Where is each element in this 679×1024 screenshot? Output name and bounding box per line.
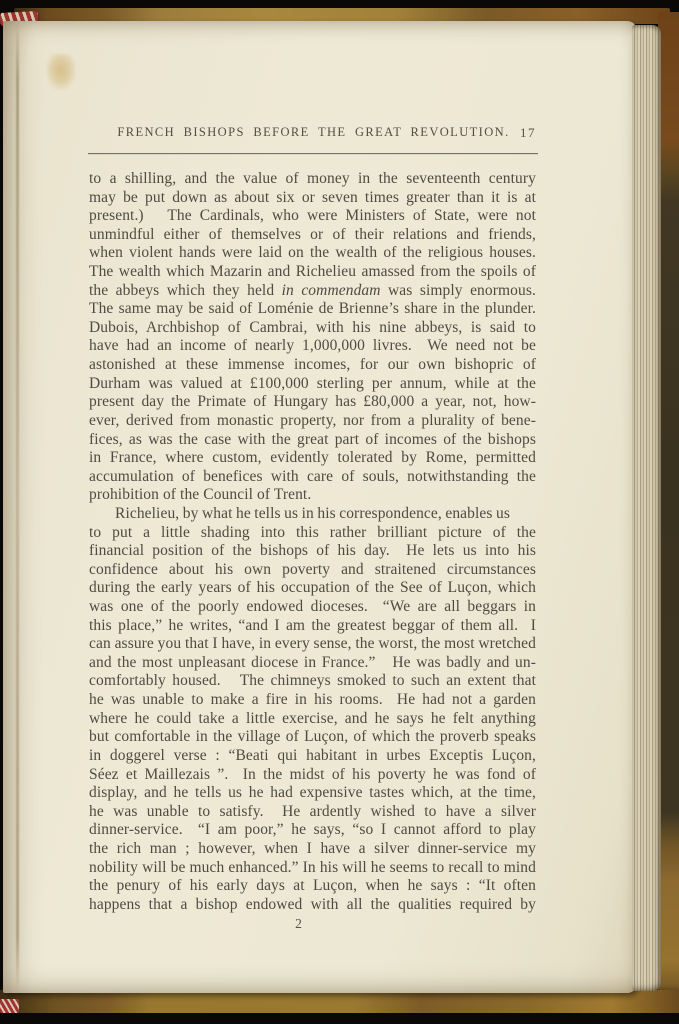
header-rule <box>88 153 538 154</box>
text-line: where he could take a little exercise, a… <box>89 710 536 729</box>
text-line: he was unable to make a fire in his room… <box>89 691 536 710</box>
text-line: the penury of his early days at Luçon, w… <box>89 877 536 896</box>
text-line: accumulation of benefices with care of s… <box>89 468 536 487</box>
text-line: was one of the poorly endowed dioceses. … <box>89 598 536 617</box>
text-line: in doggerel verse : “Beati qui habitant … <box>89 747 536 766</box>
text-line: display, and he tells us he had expensiv… <box>89 784 536 803</box>
text-line: Durham was valued at £100,000 sterling p… <box>89 375 536 394</box>
paragraph: to a shilling, and the value of money in… <box>89 170 536 505</box>
text-line: The same may be said of Loménie de Brien… <box>89 300 536 319</box>
text-line: may be put down as about six or seven ti… <box>89 189 536 208</box>
book-cover-right <box>658 12 679 1012</box>
text-line: fices, as was the case with the great pa… <box>89 431 536 450</box>
page-stain <box>46 54 76 90</box>
text-line: Dubois, Archbishop of Cambrai, with his … <box>89 319 536 338</box>
text-line: but comfortable in the village of Luçon,… <box>89 728 536 747</box>
page: FRENCH BISHOPS BEFORE THE GREAT REVOLUTI… <box>3 21 637 993</box>
text-line: and the most unpleasant diocese in Franc… <box>89 654 536 673</box>
text-line: present day the Primate of Hungary has £… <box>89 393 536 412</box>
text-line: Richelieu, by what he tells us in his co… <box>89 505 536 524</box>
paragraph: Richelieu, by what he tells us in his co… <box>89 505 536 914</box>
text-line: to a shilling, and the value of money in… <box>89 170 536 189</box>
text-line: confidence about his own poverty and str… <box>89 561 536 580</box>
text-block: to a shilling, and the value of money in… <box>89 170 536 914</box>
running-header: FRENCH BISHOPS BEFORE THE GREAT REVOLUTI… <box>89 125 538 143</box>
text-line: dinner-service. “I am poor,” he says, “s… <box>89 821 536 840</box>
text-line: the abbeys which they held in commendam … <box>89 282 536 301</box>
text-line: this place,” he writes, “and I am the gr… <box>89 617 536 636</box>
text-line: have had an income of nearly 1,000,000 l… <box>89 337 536 356</box>
headband-bottom <box>0 999 19 1013</box>
text-line: unmindful either of themselves or of the… <box>89 226 536 245</box>
header-title: FRENCH BISHOPS BEFORE THE GREAT REVOLUTI… <box>117 125 509 139</box>
book-cover-bottom-edge <box>0 990 679 1013</box>
book-spread: FRENCH BISHOPS BEFORE THE GREAT REVOLUTI… <box>0 0 679 1024</box>
text-line: happens that a bishop endowed with all t… <box>89 896 536 915</box>
header-page-number: 17 <box>520 125 536 141</box>
text-line: financial position of the bishops of his… <box>89 542 536 561</box>
signature-mark: 2 <box>89 916 536 932</box>
text-line: astonished at these immense incomes, for… <box>89 356 536 375</box>
text-line: prohibition of the Council of Trent. <box>89 486 536 505</box>
text-line: Séez et Maillezais ”. In the midst of hi… <box>89 766 536 785</box>
text-line: comfortably housed. The chimneys smoked … <box>89 672 536 691</box>
text-line: the rich man ; however, when I have a si… <box>89 840 536 859</box>
text-line: ever, derived from monastic property, no… <box>89 412 536 431</box>
text-line: when violent hands were laid on the weal… <box>89 244 536 263</box>
text-line: during the early years of his occupation… <box>89 579 536 598</box>
text-line: he was unable to satisfy. He ardently wi… <box>89 803 536 822</box>
page-fore-edge <box>632 25 661 991</box>
text-line: The wealth which Mazarin and Richelieu a… <box>89 263 536 282</box>
text-line: in France, where custom, evidently toler… <box>89 449 536 468</box>
text-line: to put a little shading into this rather… <box>89 524 536 543</box>
text-line: can assure you that I have, in every sen… <box>89 635 536 654</box>
text-line: present.) The Cardinals, who were Minist… <box>89 207 536 226</box>
gutter-crease <box>16 21 19 993</box>
text-line: nobility will be much enhanced.” In his … <box>89 859 536 878</box>
